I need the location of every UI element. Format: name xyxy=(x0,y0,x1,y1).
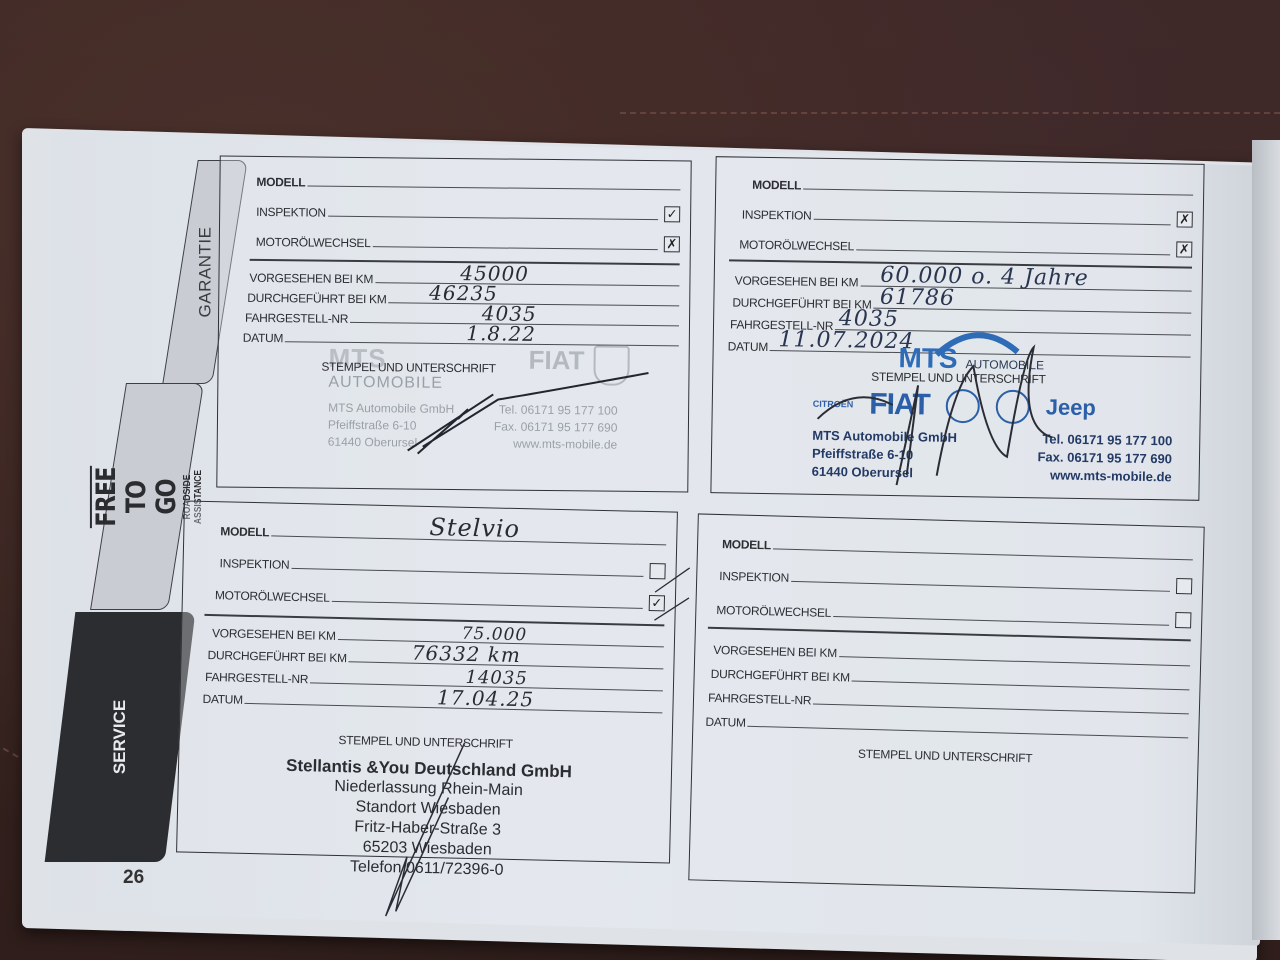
dealer-stamp-mts: MTS AUTOMOBILE STEMPEL UND UNTERSCHRIFT … xyxy=(812,341,1174,487)
service-entry-3: MODELL Stelvio INSPEKTION MOTORÖLWECHSEL… xyxy=(176,500,678,863)
service-entry-2: MODELL INSPEKTION ✗ MOTORÖLWECHSEL ✗ VOR… xyxy=(710,156,1204,501)
field-motoroelwechsel: MOTORÖLWECHSEL ✓ xyxy=(215,580,665,612)
abarth-logo-icon xyxy=(593,345,629,385)
brand-logos: CITROËN FIAT Jeep xyxy=(813,387,1173,427)
page-number: 26 xyxy=(123,867,144,889)
inspektion-checkbox[interactable] xyxy=(649,563,665,579)
stempel-label: STEMPEL UND UNTERSCHRIFT xyxy=(278,359,538,376)
field-modell: MODELL Stelvio xyxy=(220,516,666,548)
motoroelwechsel-checkbox[interactable]: ✗ xyxy=(664,236,680,252)
field-modell: MODELL xyxy=(722,529,1193,563)
tab-free-to-go-label: FREE TO GO xyxy=(90,465,182,527)
datum-value[interactable]: 17.04.25 xyxy=(437,685,535,711)
inspektion-checkbox[interactable]: ✗ xyxy=(1177,211,1193,227)
field-motoroelwechsel: MOTORÖLWECHSEL ✗ xyxy=(739,230,1192,259)
motoroelwechsel-checkbox[interactable]: ✓ xyxy=(649,595,665,611)
durchgefuehrt-km-value[interactable]: 76332 km xyxy=(412,641,522,667)
stempel-label: STEMPEL UND UNTERSCHRIFT xyxy=(693,742,1198,769)
field-inspektion: INSPEKTION ✗ xyxy=(742,200,1193,229)
inspektion-checkbox[interactable] xyxy=(1176,578,1192,594)
service-entry-4: MODELL INSPEKTION MOTORÖLWECHSEL VORGESE… xyxy=(688,513,1204,893)
motoroelwechsel-checkbox[interactable] xyxy=(1175,612,1191,628)
abarth-logo-icon xyxy=(995,390,1030,425)
field-motoroelwechsel: MOTORÖLWECHSEL ✗ xyxy=(256,227,680,253)
alfa-romeo-logo-icon xyxy=(945,389,980,424)
field-modell: MODELL xyxy=(752,170,1193,199)
service-entry-1: MODELL INSPEKTION ✓ MOTORÖLWECHSEL ✗ VOR… xyxy=(216,156,691,493)
tab-service-label: SERVICE xyxy=(110,700,130,774)
jeep-logo: Jeep xyxy=(1046,394,1097,421)
field-modell: MODELL xyxy=(256,167,680,193)
field-motoroelwechsel: MOTORÖLWECHSEL xyxy=(716,595,1191,629)
dealer-stamp-stellantis: Stellantis &You Deutschland GmbH Niederl… xyxy=(247,755,610,883)
leather-stitching xyxy=(620,112,1280,114)
citroen-logo: CITROËN xyxy=(813,399,854,410)
inspektion-checkbox[interactable]: ✓ xyxy=(664,206,680,222)
motoroelwechsel-checkbox[interactable]: ✗ xyxy=(1176,241,1192,257)
tab-garantie-label: GARANTIE xyxy=(195,227,215,318)
field-inspektion: INSPEKTION xyxy=(719,561,1192,595)
field-inspektion: INSPEKTION xyxy=(219,548,665,580)
modell-value[interactable]: Stelvio xyxy=(429,513,520,543)
booklet-right-page-edge xyxy=(1252,140,1280,940)
datum-value[interactable]: 1.8.22 xyxy=(466,321,536,346)
stempel-label: STEMPEL UND UNTERSCHRIFT xyxy=(180,729,672,754)
fiat-logo: FIAT xyxy=(869,388,930,423)
field-inspektion: INSPEKTION ✓ xyxy=(256,197,680,223)
